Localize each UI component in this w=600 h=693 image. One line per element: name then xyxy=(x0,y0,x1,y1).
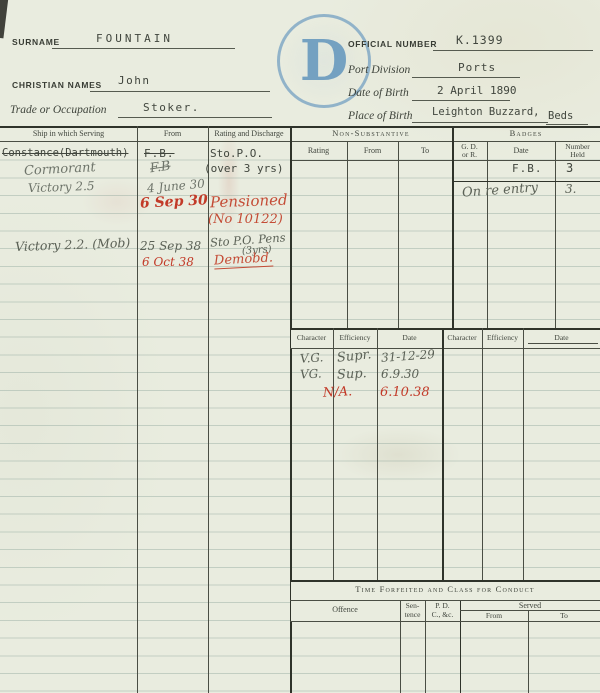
badge-row-1-number: 3 xyxy=(566,162,573,175)
badges-date-header: Date xyxy=(487,147,555,155)
divider-ns-from-to xyxy=(398,141,399,328)
subheader-underline xyxy=(290,160,600,161)
service-row-5-rating: (No 10122) xyxy=(208,213,283,227)
ns-from-header: From xyxy=(347,147,398,155)
christian-names-label: CHRISTIAN NAMES xyxy=(12,81,102,90)
date-of-birth-value: 2 April 1890 xyxy=(437,85,516,97)
service-row-7-from: 6 Oct 38 xyxy=(142,256,194,269)
official-number-underline xyxy=(433,50,593,51)
service-row-1-from: F.B. xyxy=(144,148,175,160)
pd-header-line1: P. D. xyxy=(425,602,460,610)
conduct-section-top xyxy=(290,580,600,582)
christian-names-value: John xyxy=(118,75,151,87)
served-header-underline xyxy=(460,610,600,611)
service-row-4-rating: Pensioned xyxy=(210,193,288,211)
port-division-label: Port Division xyxy=(348,64,410,76)
port-division-value: Ports xyxy=(458,62,496,74)
surname-label: SURNAME xyxy=(12,38,60,47)
scan-corner-mark xyxy=(0,0,9,38)
badges-number-header-line2: Held xyxy=(555,151,600,159)
efficiency-header-1: Efficiency xyxy=(333,334,377,342)
divider-eff2-date2 xyxy=(523,328,524,580)
date-of-birth-underline xyxy=(412,100,510,101)
divider-ns-rating-from xyxy=(347,141,348,328)
service-row-2-ship: Cormorant xyxy=(24,161,96,178)
conduct-title: Time Forfeited and Class for Conduct xyxy=(290,585,600,594)
badges-gd-header-line2: or R. xyxy=(452,151,487,159)
date-header-1: Date xyxy=(377,334,442,342)
pd-header-line2: C., &c. xyxy=(425,611,460,619)
character-header-2: Character xyxy=(442,334,482,342)
character-row-2-date: 6.9.30 xyxy=(381,368,419,381)
christian-names-underline xyxy=(90,91,270,92)
ns-rating-header: Rating xyxy=(290,147,347,155)
character-row-1-efficiency: Supr. xyxy=(336,348,372,365)
rating-column-header: Rating and Discharge xyxy=(208,130,290,138)
character-row-1-character: V.G. xyxy=(300,351,324,365)
official-number-label: OFFICIAL NUMBER xyxy=(348,40,437,49)
character-row-2-character: VG. xyxy=(300,367,322,381)
served-from-header: From xyxy=(460,612,528,620)
badges-title: Badges xyxy=(452,129,600,138)
from-column-header: From xyxy=(137,130,208,138)
service-row-3-ship: Victory 2.5 xyxy=(28,180,95,195)
place-of-birth-underline-2 xyxy=(546,124,588,125)
character-row-1-date: 31-12-29 xyxy=(381,348,436,364)
service-row-6-from: 25 Sep 38 xyxy=(140,240,201,253)
sentence-header-line1: Sen- xyxy=(400,602,425,610)
service-row-1-ship: Constance(Dartmouth) xyxy=(2,148,128,159)
offence-header: Offence xyxy=(290,606,400,614)
served-to-header: To xyxy=(528,612,600,620)
conduct-header-bottom xyxy=(290,621,600,622)
service-row-1-rating-2: (over 3 yrs) xyxy=(204,163,283,175)
place-of-birth-value: Leighton Buzzard, xyxy=(432,107,539,118)
ns-to-header: To xyxy=(398,147,452,155)
service-row-2-from: F.B xyxy=(149,160,171,176)
date-of-birth-label: Date of Birth xyxy=(348,87,409,99)
trade-underline xyxy=(118,117,272,118)
non-substantive-title: Non-Substantive xyxy=(290,129,452,138)
surname-value: FOUNTAIN xyxy=(96,33,173,45)
divider-character-groups xyxy=(442,328,444,580)
badge-row-2-date: On re entry xyxy=(462,181,539,200)
trade-value: Stoker. xyxy=(143,102,200,114)
service-row-1-rating: Sto.P.O. xyxy=(210,148,263,160)
service-record-card: SURNAME FOUNTAIN CHRISTIAN NAMES John Tr… xyxy=(0,0,600,693)
divider-char2-eff2 xyxy=(482,328,483,580)
surname-underline xyxy=(52,48,235,49)
divider-eff1-date1 xyxy=(377,328,378,580)
date-header-2: Date xyxy=(523,334,600,342)
official-number-value: K.1399 xyxy=(456,34,504,46)
port-division-underline xyxy=(412,77,520,78)
sentence-header-line2: tence xyxy=(400,611,425,619)
trade-label: Trade or Occupation xyxy=(10,104,106,116)
header-underline xyxy=(0,141,600,142)
service-row-7-rating: Demobd. xyxy=(214,251,274,269)
badge-row-1-date: F.B. xyxy=(512,163,543,175)
divider-badges-gd-date xyxy=(487,141,488,328)
character-row-2-efficiency: Sup. xyxy=(337,367,367,382)
place-of-birth-underline xyxy=(412,122,548,123)
division-stamp-letter: D xyxy=(300,33,349,89)
character-row-3-efficiency: N/A. xyxy=(323,385,353,400)
place-of-birth-value-2: Beds xyxy=(548,111,573,122)
service-row-4-from: 6 Sep 30 xyxy=(140,193,208,211)
divider-served-from-to xyxy=(528,610,529,693)
divider-ship-from xyxy=(137,126,138,693)
character-header-underline xyxy=(290,348,600,349)
ship-column-header: Ship in which Serving xyxy=(0,130,137,138)
service-row-6-ship: Victory 2.2. (Mob) xyxy=(15,236,131,253)
character-table-top xyxy=(290,328,600,330)
character-date2-underline xyxy=(528,343,598,344)
character-row-3-date: 6.10.38 xyxy=(380,386,430,400)
place-of-birth-label: Place of Birth xyxy=(348,110,413,122)
efficiency-header-2: Efficiency xyxy=(482,334,523,342)
divider-char1-eff1 xyxy=(333,328,334,580)
character-header-1: Character xyxy=(290,334,333,342)
badge-row-2-number: 3. xyxy=(565,183,576,196)
divider-badges-date-number xyxy=(555,141,556,328)
